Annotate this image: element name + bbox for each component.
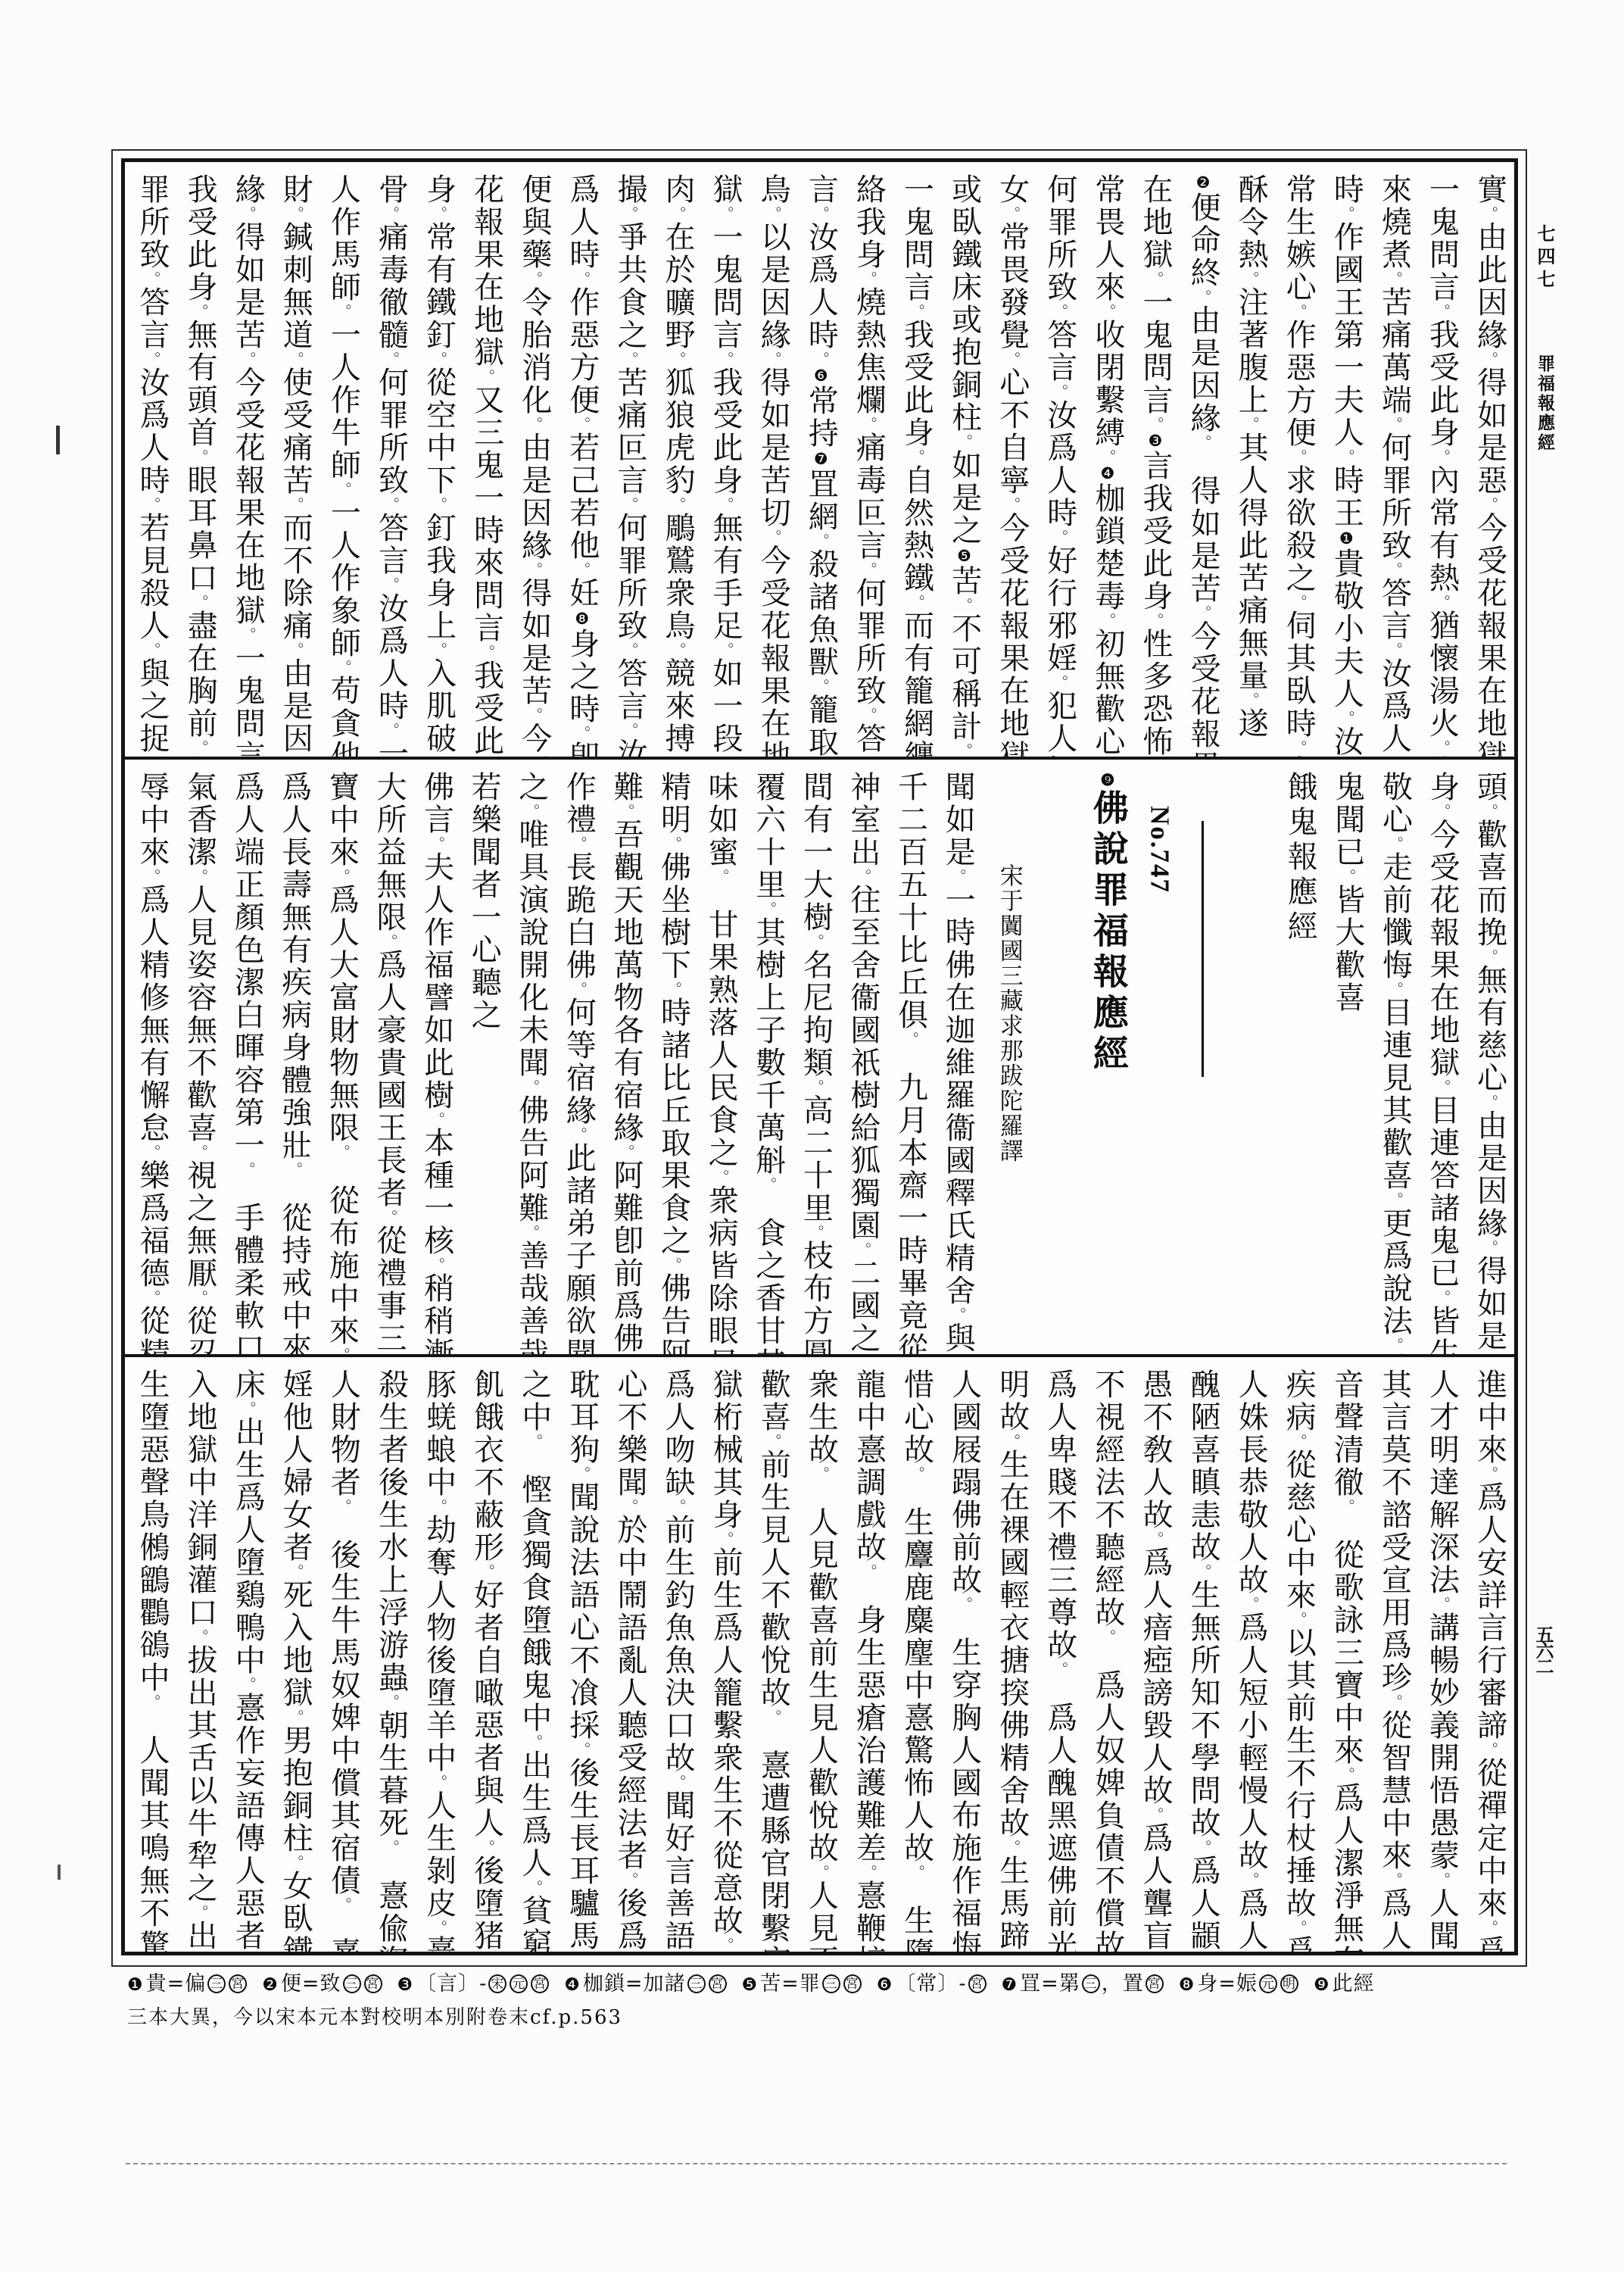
apparatus-note: ❼罝=罤三，置宮 [1002, 1967, 1165, 1996]
text-column: 不視經法不聽經故。 爲人奴婢負債不償故。 [1089, 1369, 1123, 1944]
apparatus-note: ❾此經 [1314, 1967, 1375, 1996]
text-column: 辱中來。爲人精修無有懈怠。樂爲福德。從精 [134, 771, 167, 1347]
text-column: 獄桁械其身。前生爲人籠繫衆生不從意故。 [707, 1369, 740, 1944]
note-marker-icon: ❾ [1314, 1975, 1330, 1995]
apparatus-note: ❸〔言〕-宋元宮 [397, 1967, 551, 1996]
edition-siglum: 三 [822, 1974, 840, 1993]
text-column: 若樂聞者一心聽之 [466, 771, 499, 1347]
text-column: 人財物者。 後生牛馬奴婢中償其宿債。 憙 [325, 1369, 358, 1944]
text-column: 進中來。爲人安詳言行審諦。從禪定中來。爲 [1472, 1369, 1505, 1944]
text-column: 常畏人來。收閉繫縛。❹枷鎖楚毒。初無歡心。 [1089, 173, 1123, 749]
text-column: 龍中憙調戲故。 身生惡瘡治護難差。憙鞭榜 [850, 1369, 884, 1944]
note-marker-icon: ❺ [742, 1975, 759, 1995]
text-column: 何罪所致。答言。汝爲人時。好行邪婬。犯人婦 [1042, 173, 1075, 749]
edition-siglum: 宮 [968, 1974, 987, 1993]
text-column: 千二百五十比丘俱。 九月本齋一時畢竟從 [893, 771, 926, 1347]
text-column: 入地獄中洋銅灌口。拔出其舌以牛犂之。出 [182, 1369, 215, 1944]
text-column: 人國屐蹋佛前故。 生穿胸人國布施作福悔 [946, 1369, 980, 1944]
scan-speck [56, 426, 60, 454]
apparatus-note: ❶貴=偏三宮 [127, 1967, 248, 1996]
scan-fold-line [126, 2163, 1507, 2164]
text-column: 實。由此因緣。得如是惡。今受花報果在地獄。 [1472, 173, 1505, 749]
apparatus-note: ❹枷鎖=加諸三宮 [564, 1967, 728, 1996]
edition-siglum: 宮 [709, 1974, 727, 1993]
edition-siglum: 宋 [488, 1974, 507, 1993]
text-column: 生墮惡聲鳥鵂鶹鸜鵒中。 人聞其鳴無不驚 [134, 1369, 167, 1944]
text-column: 身。今受花報果在地獄。目連答諸鬼已。皆生 [1424, 771, 1457, 1347]
text-column: 大所益無限。爲人豪貴國王長者。從禮事三 [371, 771, 404, 1347]
text-column: 精明。佛坐樹下。時諸比丘取果食之。佛告阿 [656, 771, 689, 1347]
edition-siglum: 三 [207, 1974, 226, 1993]
text-column: 人姝長恭敬人故。爲人短小輕慢人故。爲人 [1233, 1369, 1266, 1944]
text-column: 緣。得如是苦。今受花報果在地獄。一鬼問言。 [229, 173, 263, 749]
rule-col [1187, 771, 1220, 1347]
text-column: 聞如是。一時佛在迦維羅衞國釋氏精舍。與 [940, 771, 973, 1347]
apparatus-footnotes: ❶貴=偏三宮❷便=致三宮❸〔言〕-宋元宮❹枷鎖=加諸三宮❺苦=罪三宮❻〔常〕-宮… [127, 1967, 1524, 2030]
text-column: 爲人吻缺。前生釣魚魚決口故。聞好言善語 [659, 1369, 693, 1944]
edition-siglum: 宮 [531, 1974, 549, 1993]
edition-siglum: 元 [510, 1974, 528, 1993]
scan-speck [58, 1865, 61, 1880]
gap [1034, 771, 1068, 1347]
edition-siglum: 三 [1082, 1974, 1100, 1993]
text-frame: 實。由此因緣。得如是惡。今受花報果在地獄。一鬼問言。我受此身。內常有熱。猶懷湯火… [121, 158, 1518, 1955]
text-column: 間有一大樹。名尼拘類。高二十里。枝布方圓 [797, 771, 831, 1347]
text-column: 爲人端正顏色潔白暉容第一。 手體柔軟口 [229, 771, 262, 1347]
text-column: 其言莫不諮受宣用爲珍。從智慧中來。爲人 [1376, 1369, 1409, 1944]
text-column: 罪所致。答言。汝爲人時。若見殺人。與之捉 [134, 173, 167, 749]
sutra-title: ❾佛說罪福報應經 [1082, 771, 1126, 1347]
text-column: 一鬼問言。我受此身。內常有熱。猶懷湯火。復 [1424, 173, 1457, 749]
text-column: 寶中來。爲人大富財物無限。 從布施中來。 [323, 771, 357, 1347]
text-column: 撮。爭共食之。苦痛叵言。何罪所致。答言。汝 [612, 173, 645, 749]
edition-siglum: 三 [687, 1974, 706, 1993]
text-column: 人作馬師。一人作牛師。一人作象師。苟貪他 [325, 173, 358, 749]
text-column: 衆生故。 人見歡喜前生見人歡悅故。人見不 [803, 1369, 836, 1944]
text-column: 佛言。夫人作福譬如此樹。本種一核。稍稍漸 [419, 771, 452, 1347]
text-column: 酥令熱。注著腹上。其人得此苦痛無量。遂 [1233, 173, 1266, 749]
text-column: 氣香潔。人見姿容無不歡喜。視之無厭。從忍 [182, 771, 215, 1347]
text-column: 或臥鐵床或抱銅柱。如是之❺苦。不可稱計。 [946, 173, 980, 749]
register-top: 實。由此因緣。得如是惡。今受花報果在地獄。一鬼問言。我受此身。內常有熱。猶懷湯火… [125, 162, 1514, 757]
text-column: 時。作國王第一夫人。時王❶貴敬小夫人。汝 [1328, 173, 1361, 749]
note-marker-icon: ❷ [262, 1975, 279, 1995]
text-column: 身。常有鐵釘。從空中下。釘我身上。入肌破 [421, 173, 454, 749]
text-column: 味如蜜。 甘果熟落人民食之。衆病皆除眼目 [703, 771, 736, 1347]
text-column: 言。汝爲人時。❻常持❼罝網。殺諸魚獸。籠取飛 [803, 173, 836, 749]
text-column: 愚不敎人故。爲人瘖瘂謗毀人故。爲人聾盲 [1137, 1369, 1170, 1944]
note-marker-icon: ❶ [127, 1975, 144, 1995]
apparatus-line-2: 三本大異，今以宋本元本對校明本別附卷末cf.p.563 [127, 2002, 1524, 2030]
apparatus-note: ❻〔常〕-宮 [877, 1967, 988, 1996]
text-column: 歡喜。前生見人不歡悅故。 憙遭縣官閉繫牢 [755, 1369, 788, 1944]
note-marker-icon: ❻ [877, 1975, 893, 1995]
text-column: 音聲清徹。 從歌詠三寶中來。爲人潔淨無有 [1328, 1369, 1361, 1944]
text-column: 絡我身。燒熱焦爛。痛毒叵言。何罪所致。答 [850, 173, 884, 749]
apparatus-note: ❺苦=罪三宮 [742, 1967, 863, 1996]
text-column: 心不樂聞。於中鬧語亂人聽受經法者。後爲 [612, 1369, 645, 1944]
apparatus-note: ❷便=致三宮 [262, 1967, 383, 1996]
edition-siglum: 宮 [229, 1974, 247, 1993]
edition-siglum: 三 [343, 1974, 361, 1993]
edition-siglum: 元 [1259, 1974, 1277, 1993]
text-column: 覆六十里。其樹上子數千萬斛。 食之香甘其 [750, 771, 784, 1347]
edition-siglum: 明 [1280, 1974, 1298, 1993]
translator: 宋于闐國三藏求那跋陀羅譯 [987, 771, 1021, 1354]
text-column: 神室出。往至舍衞國祇樹給狐獨園。二國之 [845, 771, 878, 1347]
edition-siglum: 宮 [843, 1974, 862, 1993]
text-column: 獄。一鬼問言。我受此身。無有手足。如一段 [707, 173, 740, 749]
text-column: ❷便命終。由是因緣。 得如是苦。今受花報果 [1185, 173, 1218, 749]
text-column: 我受此身。無有頭首。眼耳鼻口。盡在胸前。何 [182, 173, 215, 749]
text-column: 爲人卑賤不禮三尊故。 爲人醜黑遮佛前光 [1042, 1369, 1075, 1944]
text-column: 床。出生爲人墮鷄鴨中。憙作妄語傳人惡者。 [229, 1369, 263, 1944]
note-marker-icon: ❹ [564, 1975, 581, 1995]
text-column: 婬他人婦女者。死入地獄。男抱銅柱。女臥鐵 [277, 1369, 310, 1944]
text-column: 鳥。以是因緣。得如是苦切。今受花報果在地 [755, 173, 788, 749]
text-column: 來燒煮。苦痛萬端。何罪所致。答言。汝爲人 [1376, 173, 1409, 749]
text-column: 敬心。走前懺悔。目連見其歡喜。更爲說法。諸 [1376, 771, 1410, 1347]
text-column: 明故。生在裸國輕衣搪揬佛精舍故。生馬蹄 [994, 1369, 1027, 1944]
text-column: 頭。歡喜而挽。無有慈心。由是因緣。得如是 [1472, 771, 1505, 1347]
margin-running-title: 罪福報應經 [1532, 354, 1557, 453]
apparatus-line-1: ❶貴=偏三宮❷便=致三宮❸〔言〕-宋元宮❹枷鎖=加諸三宮❺苦=罪三宮❻〔常〕-宮… [127, 1967, 1524, 1996]
text-column: 之。唯具演說開化未聞。佛告阿難。善哉善哉。 [513, 771, 547, 1347]
taisho-no: No.747 [1139, 771, 1173, 1354]
text-column: 飢餓衣不蔽形。好者自噉惡者與人。後墮猪 [469, 1369, 502, 1944]
text-column: 惜心故。 生麞鹿麋麈中憙驚怖人故。 生墮 [899, 1369, 932, 1944]
text-column: 殺生者後生水上浮游蟲。朝生暮死。 憙偸盜 [372, 1369, 406, 1944]
gap [1235, 771, 1268, 1347]
text-column: 便與藥。令胎消化。由是因緣。得如是苦。今受 [516, 173, 550, 749]
margin-folio-number: 七四七 [1532, 224, 1558, 292]
apparatus-note: ❽身=娠元明 [1179, 1967, 1300, 1996]
edition-siglum: 宮 [1146, 1974, 1164, 1993]
note-marker-icon: ❼ [1002, 1975, 1018, 1995]
note-marker-icon: ❽ [1179, 1975, 1195, 1995]
text-column: 花報果在地獄。又三鬼一時來問言。我受此 [469, 173, 502, 749]
text-column: 鬼聞已。皆大歡喜 [1329, 771, 1363, 1347]
text-column: 爲人長壽無有疾病身體強壯。 從持戒中來。 [276, 771, 310, 1347]
text-column: 常生嫉心。作惡方便。求欲殺之。伺其臥時。煮 [1280, 173, 1314, 749]
text-column: 耽耳狗。聞說法語心不飡採。後生長耳驢馬 [564, 1369, 597, 1944]
text-column: 難。吾觀天地萬物各有宿緣。阿難卽前爲佛 [608, 771, 641, 1347]
note-marker-icon: ❸ [397, 1975, 414, 1995]
text-column: 肉。在於曠野。狐狼虎豹。鵰鷲衆鳥。競來搏 [659, 173, 693, 749]
text-column: 女。常畏發覺。心不自寧。今受花報果在地獄。 [994, 173, 1027, 749]
text-column: 疾病。從慈心中來。以其前生不行杖捶故。爲 [1280, 1369, 1314, 1944]
text-column: 財。鍼刺無道。使受痛苦。而不除痛。由是因 [277, 173, 310, 749]
text-column: 一鬼問言。我受此身。自然熱鐵。而有籠網纏 [899, 173, 932, 749]
register-middle: 頭。歡喜而挽。無有慈心。由是因緣。得如是身。今受花報果在地獄。目連答諸鬼已。皆生… [125, 757, 1514, 1354]
text-column: 之中。 慳貪獨食墮餓鬼中。出生爲人。貧窮 [516, 1369, 550, 1944]
margin-page-number: 五六二 [1530, 1625, 1557, 1673]
text-column: 人才明達解深法。講暢妙義開悟愚蒙。人聞 [1424, 1369, 1457, 1944]
text-column: 醜陋喜瞋恚故。生無所知不學問故。爲人顓 [1185, 1369, 1218, 1944]
end-title: 餓鬼報應經 [1282, 771, 1315, 1347]
text-column: 豚蜣蜋中。劫奪人物後墮羊中。人生剝皮。憙 [421, 1369, 454, 1944]
text-column: 作禮。長跪白佛。何等宿緣。此諸弟子願欲聞 [560, 771, 594, 1347]
text-column: 爲人時。作惡方便。若己若他。妊❽身之時。卽 [564, 173, 597, 749]
register-bottom: 進中來。爲人安詳言行審諦。從禪定中來。爲人才明達解深法。講暢妙義開悟愚蒙。人聞其… [125, 1354, 1514, 1952]
edition-siglum: 宮 [364, 1974, 382, 1993]
text-column: 骨。痛毒徹髓。何罪所致。答言。汝爲人時。一 [372, 173, 406, 749]
text-column: 在地獄。一鬼問言。❸言我受此身。性多恐怖。 [1137, 173, 1170, 749]
